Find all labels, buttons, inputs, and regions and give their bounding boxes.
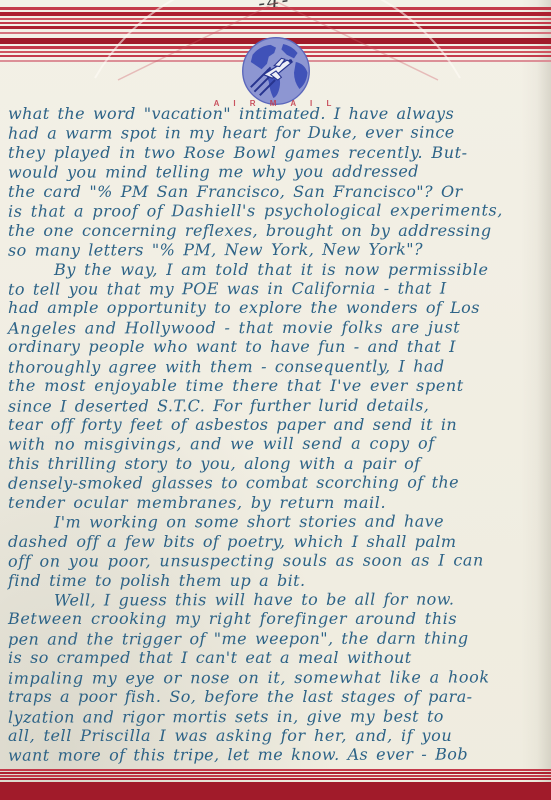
stripe (0, 769, 551, 771)
letter-line: is so cramped that I can't eat a meal wi… (8, 648, 545, 667)
letter-line: had ample opportunity to explore the won… (8, 298, 545, 317)
letter-line: had a warm spot in my heart for Duke, ev… (8, 123, 545, 144)
stripe (0, 7, 551, 10)
letter-line: off on you poor, unsuspecting souls as s… (8, 550, 545, 571)
letter-line: tear off forty feet of asbestos paper an… (8, 415, 545, 434)
letter-line: the most enjoyable time there that I've … (8, 376, 545, 395)
letter-line: is that a proof of Dashiell's psychologi… (8, 200, 545, 221)
letter-line: the one concerning reflexes, brought on … (8, 221, 545, 240)
letter-line: since I deserted S.T.C. For further luri… (8, 395, 545, 416)
letter-line: tender ocular membranes, by return mail. (8, 493, 545, 512)
letter-line: want more of this tripe, let me know. As… (8, 745, 545, 766)
letter-line: would you mind telling me why you addres… (8, 162, 545, 183)
letter-line: Angeles and Hollywood - that movie folks… (8, 317, 545, 338)
letter-line: By the way, I am told that it is now per… (8, 260, 545, 279)
stripe (0, 782, 551, 800)
letter-line: find time to polish them up a bit. (8, 571, 545, 590)
letter-line: Well, I guess this will have to be all f… (8, 589, 545, 610)
letter-line: lyzation and rigor mortis sets in, give … (8, 706, 545, 727)
airmail-letter-page: -4- (0, 0, 551, 800)
letter-line: dashed off a few bits of poetry, which I… (8, 532, 545, 551)
letter-line: they played in two Rose Bowl games recen… (8, 143, 545, 162)
stripe (0, 22, 551, 24)
stripe (0, 772, 551, 774)
letter-line: densely-smoked glasses to combat scorchi… (8, 473, 545, 494)
letter-line: so many letters "% PM, New York, New Yor… (8, 239, 545, 260)
stripe (0, 775, 551, 777)
letter-line: pen and the trigger of "me weepon", the … (8, 628, 545, 649)
letter-line: impaling my eye or nose on it, somewhat … (8, 667, 545, 688)
letter-line: I'm working on some short stories and ha… (8, 511, 545, 532)
letter-line: ordinary people who want to have fun - a… (8, 337, 545, 356)
airmail-globe-logo (240, 35, 312, 107)
letter-line: all, tell Priscilla I was asking for her… (8, 726, 545, 745)
letter-line: the card "% PM San Francisco, San Franci… (8, 182, 545, 201)
airmail-stripes-bottom (0, 769, 551, 800)
stripe (0, 32, 551, 34)
letter-line: thoroughly agree with them - consequentl… (8, 356, 545, 377)
stripe (0, 26, 551, 29)
stripe (0, 12, 551, 16)
letter-line: traps a poor fish. So, before the last s… (8, 687, 545, 706)
letter-body: what the word "vacation" intimated. I ha… (8, 104, 545, 765)
letter-line: with no misgivings, and we will send a c… (8, 434, 545, 455)
letter-line: to tell you that my POE was in Californi… (8, 278, 545, 299)
letter-line: this thrilling story to you, along with … (8, 454, 545, 473)
letter-line: what the word "vacation" intimated. I ha… (8, 104, 545, 123)
stripe (0, 778, 551, 780)
letter-line: Between crooking my right forefinger aro… (8, 609, 545, 628)
stripe (0, 18, 551, 20)
